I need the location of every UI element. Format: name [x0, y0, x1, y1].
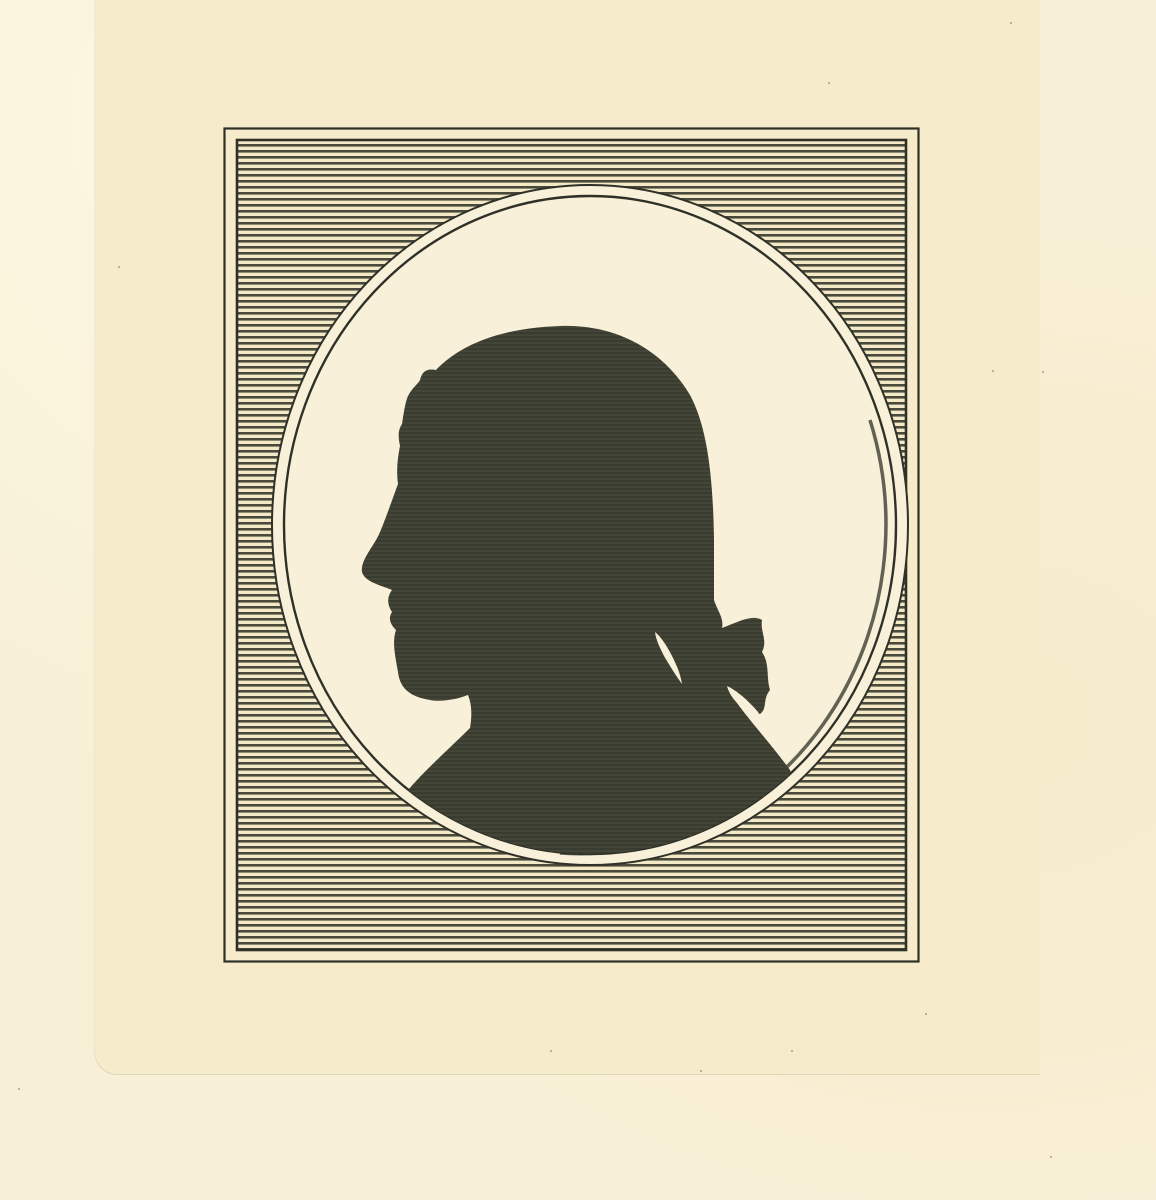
engraving-artwork	[0, 0, 1156, 1200]
paper-sheet	[0, 0, 1156, 1200]
